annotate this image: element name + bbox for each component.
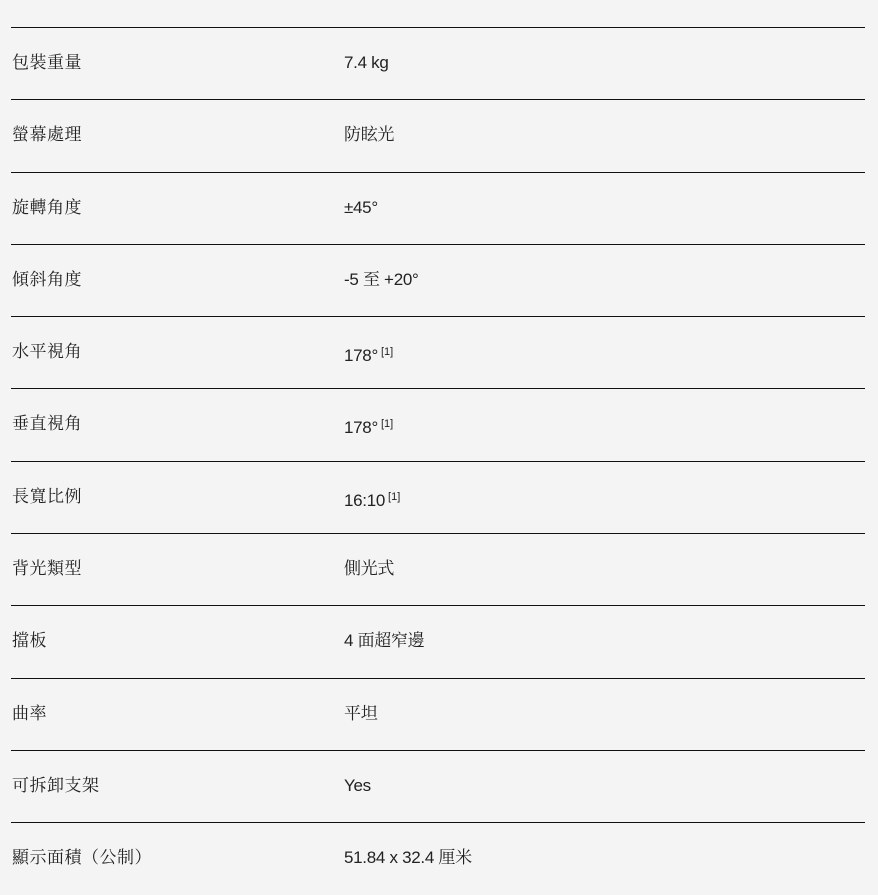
footnote-link[interactable]: [1]	[388, 491, 400, 503]
spec-value: 16:10[1]	[344, 487, 400, 511]
spec-label: 長寬比例	[12, 487, 82, 507]
spec-row-tilt-angle: 傾斜角度 -5 至 +20°	[11, 244, 865, 316]
spec-value: -5 至 +20°	[344, 270, 419, 290]
spec-label: 水平視角	[12, 342, 82, 362]
spec-label: 螢幕處理	[12, 125, 82, 145]
spec-value-text: 51.84 x 32.4 厘米	[344, 848, 472, 867]
spec-value: 防眩光	[344, 125, 394, 145]
spec-value: 7.4 kg	[344, 53, 389, 73]
spec-label: 旋轉角度	[12, 198, 82, 218]
spec-row-aspect-ratio: 長寬比例 16:10[1]	[11, 461, 865, 533]
spec-value-text: ±45°	[344, 198, 378, 217]
previous-row-fragment	[376, 0, 392, 2]
spec-table: 包裝重量 7.4 kg 螢幕處理 防眩光 旋轉角度 ±45° 傾斜角度 -5 至…	[11, 27, 865, 867]
spec-row-horizontal-viewing-angle: 水平視角 178°[1]	[11, 316, 865, 388]
spec-row-backlight-type: 背光類型 側光式	[11, 533, 865, 605]
spec-row-swivel-angle: 旋轉角度 ±45°	[11, 172, 865, 244]
spec-row-vertical-viewing-angle: 垂直視角 178°[1]	[11, 388, 865, 460]
spec-value-text: -5 至 +20°	[344, 270, 419, 289]
spec-value-text: 16:10	[344, 491, 385, 510]
spec-label: 顯示面積（公制）	[12, 848, 152, 867]
spec-value: ±45°	[344, 198, 378, 218]
spec-label: 可拆卸支架	[12, 776, 100, 796]
spec-value-text: 平坦	[344, 704, 377, 723]
spec-label: 背光類型	[12, 559, 82, 579]
spec-value-text: 側光式	[344, 559, 394, 578]
spec-value-text: 防眩光	[344, 125, 394, 144]
spec-label: 傾斜角度	[12, 270, 82, 290]
spec-value: Yes	[344, 776, 371, 796]
spec-row-bezel: 擋板 4 面超窄邊	[11, 605, 865, 677]
spec-row-screen-treatment: 螢幕處理 防眩光	[11, 99, 865, 171]
spec-row-display-area-metric: 顯示面積（公制） 51.84 x 32.4 厘米	[11, 822, 865, 867]
spec-value-text: Yes	[344, 776, 371, 795]
spec-value: 178°[1]	[344, 414, 393, 438]
spec-label: 包裝重量	[12, 53, 82, 73]
spec-row-curvature: 曲率 平坦	[11, 678, 865, 750]
spec-label: 擋板	[12, 631, 47, 651]
spec-label: 曲率	[12, 704, 47, 724]
footnote-link[interactable]: [1]	[381, 418, 393, 430]
spec-row-package-weight: 包裝重量 7.4 kg	[11, 27, 865, 99]
spec-value-text: 4 面超窄邊	[344, 631, 424, 650]
spec-label: 垂直視角	[12, 414, 82, 434]
spec-value: 178°[1]	[344, 342, 393, 366]
spec-value: 側光式	[344, 559, 394, 579]
spec-value: 平坦	[344, 704, 377, 724]
spec-value: 4 面超窄邊	[344, 631, 424, 651]
spec-row-detachable-stand: 可拆卸支架 Yes	[11, 750, 865, 822]
footnote-link[interactable]: [1]	[381, 346, 393, 358]
spec-value-text: 178°	[344, 346, 378, 365]
spec-value-text: 7.4 kg	[344, 53, 389, 72]
spec-value-text: 178°	[344, 418, 378, 437]
spec-value: 51.84 x 32.4 厘米	[344, 848, 472, 867]
